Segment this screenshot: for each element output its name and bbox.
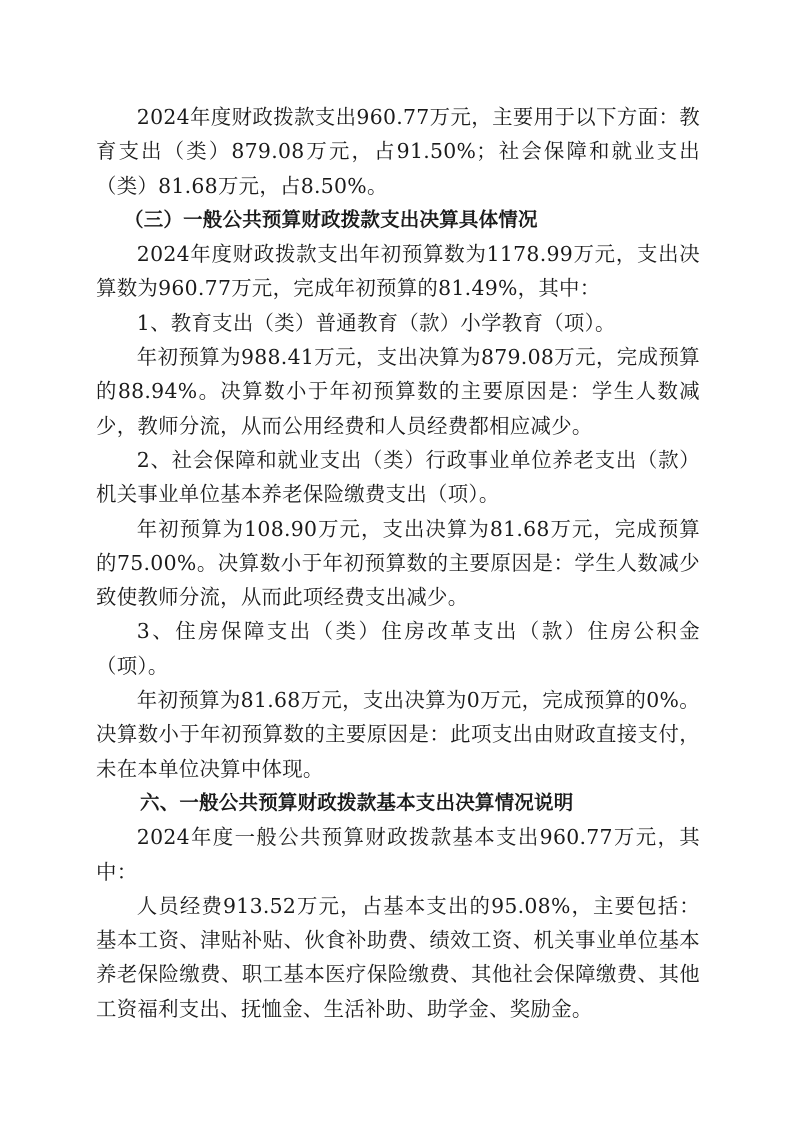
- document-page: 2024年度财政拨款支出960.77万元，主要用于以下方面：教育支出（类）879…: [96, 100, 700, 1026]
- item-2-social-security-detail: 年初预算为108.90万元，支出决算为81.68万元，完成预算的75.00%。决…: [96, 512, 700, 615]
- item-1-education-title: 1、教育支出（类）普通教育（款）小学教育（项）。: [96, 306, 700, 340]
- item-1-education-detail: 年初预算为988.41万元，支出决算为879.08万元，完成预算的88.94%。…: [96, 340, 700, 443]
- subheading-expenditure-details: （三）一般公共预算财政拨款支出决算具体情况: [96, 203, 700, 237]
- paragraph-expenditure-summary: 2024年度财政拨款支出960.77万元，主要用于以下方面：教育支出（类）879…: [96, 100, 700, 203]
- paragraph-basic-expenditure-total: 2024年度一般公共预算财政拨款基本支出960.77万元，其中：: [96, 820, 700, 889]
- paragraph-budget-completion: 2024年度财政拨款支出年初预算数为1178.99万元，支出决算数为960.77…: [96, 237, 700, 306]
- item-3-housing-detail: 年初预算为81.68万元，支出决算为0万元，完成预算的0%。决算数小于年初预算数…: [96, 683, 700, 786]
- section-heading-basic-expenditure: 六、一般公共预算财政拨款基本支出决算情况说明: [96, 786, 700, 820]
- paragraph-personnel-expenses: 人员经费913.52万元，占基本支出的95.08%，主要包括：基本工资、津贴补贴…: [96, 889, 700, 1026]
- item-2-social-security-title: 2、社会保障和就业支出（类）行政事业单位养老支出（款）机关事业单位基本养老保险缴…: [96, 443, 700, 512]
- item-3-housing-title: 3、住房保障支出（类）住房改革支出（款）住房公积金（项）。: [96, 614, 700, 683]
